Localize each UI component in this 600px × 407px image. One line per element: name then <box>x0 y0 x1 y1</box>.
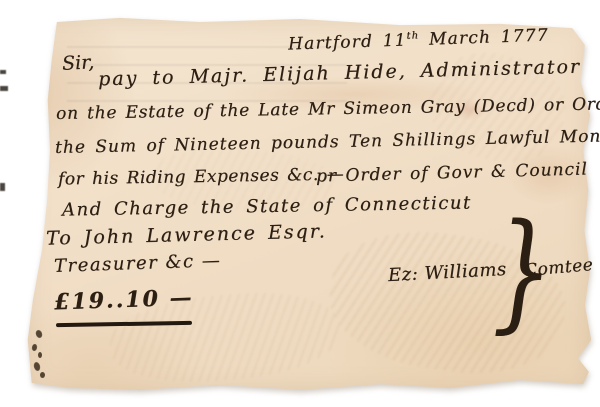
photo-edge-mark <box>0 70 6 74</box>
dateline-text: Hartford 11 <box>288 30 407 54</box>
photo-edge-mark <box>0 86 8 91</box>
dateline-ordinal-superscript: th <box>406 30 419 41</box>
amount-figure: £19..10 — <box>54 285 194 316</box>
ink-smudge <box>40 372 45 378</box>
photo-edge-mark <box>0 183 5 191</box>
ink-smudge <box>31 344 37 352</box>
historical-document-photo: Hartford 11th March 1777 Sir, pay to Maj… <box>0 0 600 407</box>
ink-smudge <box>35 329 43 339</box>
salutation: Sir, <box>61 51 94 75</box>
ink-smudge <box>33 361 41 371</box>
ink-smudge <box>38 352 42 358</box>
